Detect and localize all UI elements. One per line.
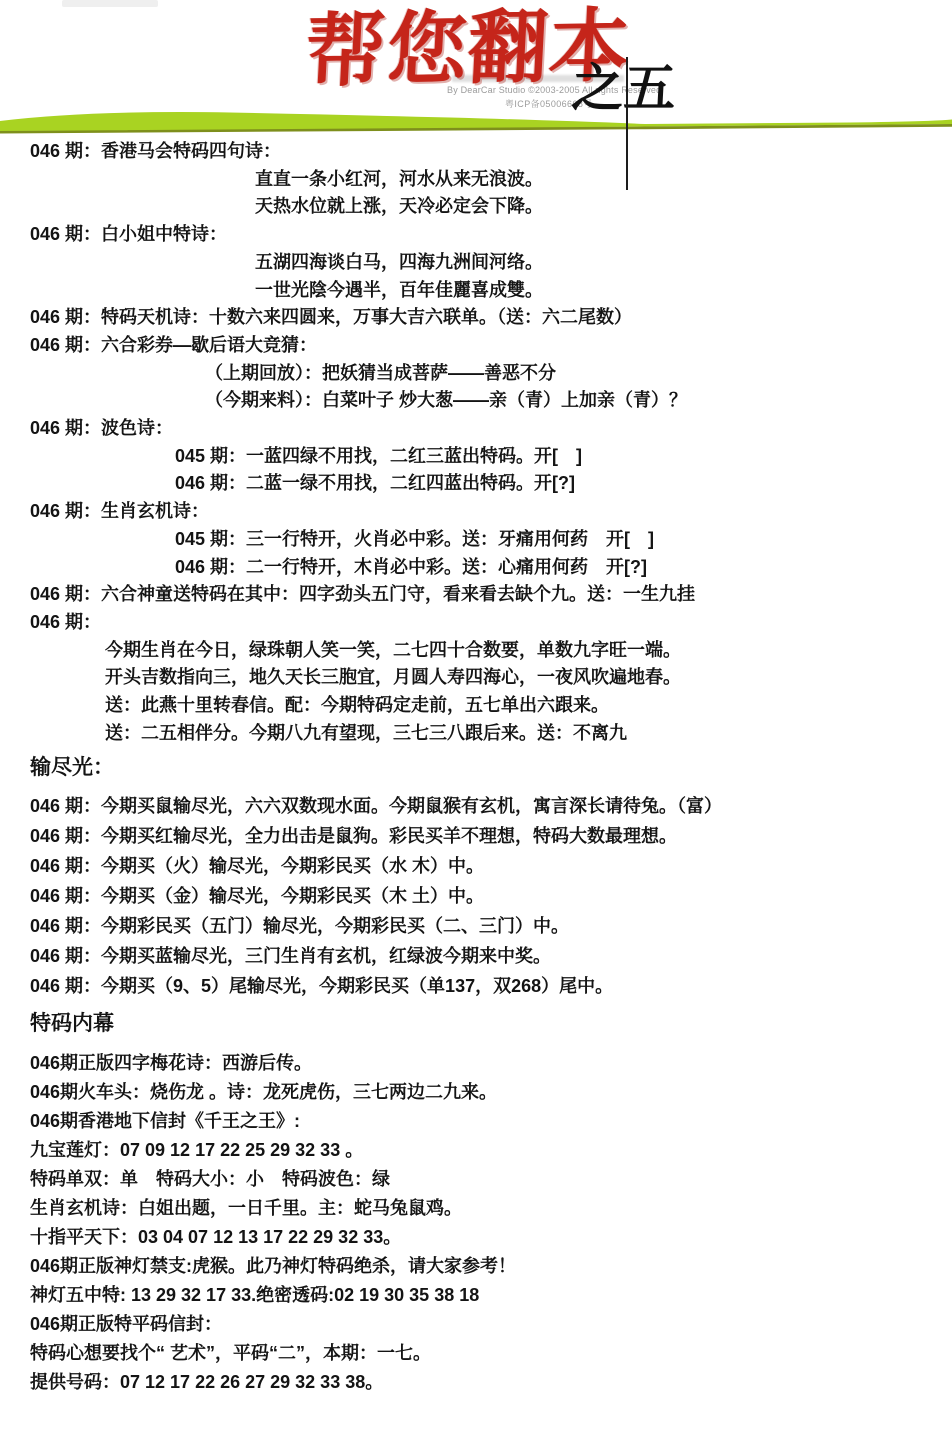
tip-sheet-page: 帮您翻本 之五 By DearCar Studio ©2003-2005 All… [0, 0, 952, 1452]
text-line: 十指平天下：03 04 07 12 13 17 22 29 32 33。 [0, 1223, 952, 1252]
section-heading-shujinguang: 输尽光： [0, 755, 952, 781]
sheet-content: 046 期：香港马会特码四句诗： 直直一条小红河，河水从来无浪波。 天热水位就上… [0, 138, 952, 1397]
text-line: 生肖玄机诗：白姐出题，一日千里。主：蛇马兔鼠鸡。 [0, 1194, 952, 1223]
text-line: 046 期：特码天机诗：十数六来四圆来，万事大吉六联单。（送：六二尾数） [0, 304, 952, 332]
text-line: 046 期：二蓝一绿不用找，二红四蓝出特码。开[?] [0, 470, 952, 498]
section-neimu: 046期正版四字梅花诗：西游后传。 046期火车头：烧伤龙 。诗：龙死虎伤，三七… [0, 1049, 952, 1397]
text-line: 046 期：今期买红输尽光，全力出击是鼠狗。彩民买羊不理想，特码大数最理想。 [0, 821, 952, 851]
text-line: 046 期：波色诗： [0, 415, 952, 443]
green-wave-divider [0, 108, 952, 134]
text-line: 五湖四海谈白马，四海九洲间河络。 [0, 249, 952, 277]
scan-edge-line [626, 57, 628, 190]
text-line: 046 期：六合彩券—歇后语大竞猜： [0, 332, 952, 360]
page-title-suffix: 之五 [570, 46, 678, 121]
text-line: 046 期：今期买（金）输尽光，今期彩民买（木 土）中。 [0, 881, 952, 911]
text-line: 天热水位就上涨，天冷必定会下降。 [0, 193, 952, 221]
text-line: 今期生肖在今日，绿珠朝人笑一笑，二七四十合数要，单数九字旺一端。 [0, 637, 952, 665]
text-line: 046 期：香港马会特码四句诗： [0, 138, 952, 166]
text-line: 046期火车头：烧伤龙 。诗：龙死虎伤，三七两边二九来。 [0, 1078, 952, 1107]
section-heading-neimu: 特码内幕 [0, 1011, 952, 1037]
text-line: 提供号码：07 12 17 22 26 27 29 32 33 38。 [0, 1368, 952, 1397]
text-line: 送：此燕十里转春信。配：今期特码定走前，五七单出六跟来。 [0, 692, 952, 720]
text-line: 开头吉数指向三，地久天长三胞宜，月圆人寿四海心，一夜风吹遍地春。 [0, 664, 952, 692]
text-line: 046期正版特平码信封： [0, 1310, 952, 1339]
text-line: 046期正版神灯禁支:虎猴。此乃神灯特码绝杀，请大家参考！ [0, 1252, 952, 1281]
page-header: 帮您翻本 之五 By DearCar Studio ©2003-2005 All… [0, 0, 952, 134]
section-shujinguang: 046 期：今期买鼠输尽光，六六双数现水面。今期鼠猴有玄机，寓言深长请待兔。（富… [0, 791, 952, 1001]
text-line: （今期来料）：白菜叶子 炒大葱——亲（青）上加亲（青）？ [0, 387, 952, 415]
text-line: 045 期：三一行特开，火肖必中彩。送：牙痛用何药 开[ ] [0, 526, 952, 554]
text-line: 046 期：今期买蓝输尽光，三门生肖有玄机，红绿波今期来中奖。 [0, 941, 952, 971]
text-line: 直直一条小红河，河水从来无浪波。 [0, 166, 952, 194]
scan-smudge [62, 0, 158, 7]
text-line: 神灯五中特: 13 29 32 17 33.绝密透码:02 19 30 35 3… [0, 1281, 952, 1310]
text-line: 特码心想要找个“ 艺术”，平码“二”，本期：一七。 [0, 1339, 952, 1368]
text-line: 046 期：今期买（火）输尽光，今期彩民买（水 木）中。 [0, 851, 952, 881]
text-line: 送：二五相伴分。今期八九有望现，三七三八跟后来。送：不离九 [0, 720, 952, 748]
text-line: 046期正版四字梅花诗：西游后传。 [0, 1049, 952, 1078]
section-poems: 046 期：香港马会特码四句诗： 直直一条小红河，河水从来无浪波。 天热水位就上… [0, 138, 952, 747]
text-line: 046 期：今期彩民买（五门）输尽光，今期彩民买（二、三门）中。 [0, 911, 952, 941]
text-line: 一世光陰今遇半，百年佳麗喜成雙。 [0, 277, 952, 305]
text-line: 046 期：今期买鼠输尽光，六六双数现水面。今期鼠猴有玄机，寓言深长请待兔。（富… [0, 791, 952, 821]
text-line: 046期香港地下信封《千王之王》: [0, 1107, 952, 1136]
text-line: 046 期：白小姐中特诗： [0, 221, 952, 249]
text-line: 046 期：六合神童送特码在其中：四字劲头五门守，看来看去缺个九。送：一生九挂 [0, 581, 952, 609]
text-line: 046 期：今期买（9、5）尾输尽光，今期彩民买（单137，双268）尾中。 [0, 971, 952, 1001]
text-line: 045 期：一蓝四绿不用找，二红三蓝出特码。开[ ] [0, 443, 952, 471]
text-line: （上期回放）：把妖猜当成菩萨——善恶不分 [0, 360, 952, 388]
text-line: 特码单双：单 特码大小：小 特码波色：绿 [0, 1165, 952, 1194]
text-line: 046 期：二一行特开，木肖必中彩。送：心痛用何药 开[?] [0, 554, 952, 582]
text-line: 046 期： [0, 609, 952, 637]
text-line: 046 期：生肖玄机诗： [0, 498, 952, 526]
text-line: 九宝莲灯：07 09 12 17 22 25 29 32 33 。 [0, 1136, 952, 1165]
